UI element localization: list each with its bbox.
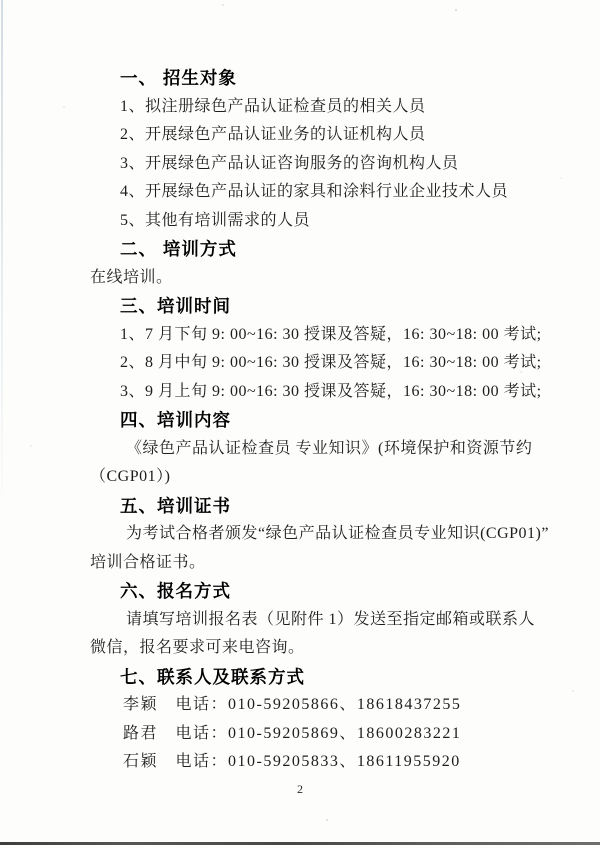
contact-lu-jun: 路君 电话：010-59205869、18600283221: [90, 720, 534, 749]
training-time-item-2: 2、8 月中旬 9: 00~16: 30 授课及答疑，16: 30~18: 00…: [90, 349, 534, 378]
registration-line-2: 微信，报名要求可来电咨询。: [90, 634, 534, 663]
scanned-document-page: 一、 招生对象 1、拟注册绿色产品认证检查员的相关人员 2、开展绿色产品认证业务…: [0, 0, 600, 848]
section-heading-certificate: 五、培训证书: [90, 492, 534, 521]
enrollment-item-2: 2、开展绿色产品认证业务的认证机构人员: [90, 121, 534, 150]
scan-noise: [0, 0, 2, 2]
enrollment-item-4: 4、开展绿色产品认证的家具和涂料行业企业技术人员: [90, 178, 534, 207]
training-method-text: 在线培训。: [90, 264, 534, 293]
certificate-line-2: 培训合格证书。: [90, 549, 534, 578]
section-heading-training-time: 三、培训时间: [90, 292, 534, 321]
training-content-line-1: 《绿色产品认证检查员 专业知识》(环境保护和资源节约: [90, 435, 534, 464]
enrollment-item-1: 1、拟注册绿色产品认证检查员的相关人员: [90, 93, 534, 122]
document-body: 一、 招生对象 1、拟注册绿色产品认证检查员的相关人员 2、开展绿色产品认证业务…: [90, 64, 534, 777]
scan-edge-left: [1, 0, 3, 520]
contact-li-ying: 李颖 电话：010-59205866、18618437255: [90, 691, 534, 720]
certificate-line-1: 为考试合格者颁发“绿色产品认证检查员专业知识(CGP01)”: [90, 520, 534, 549]
section-heading-enrollment-targets: 一、 招生对象: [90, 64, 534, 93]
section-heading-training-method: 二、 培训方式: [90, 235, 534, 264]
training-content-line-2: （CGP01）): [90, 463, 534, 492]
registration-line-1: 请填写培训报名表（见附件 1）发送至指定邮箱或联系人: [90, 606, 534, 635]
section-heading-training-content: 四、培训内容: [90, 406, 534, 435]
enrollment-item-5: 5、其他有培训需求的人员: [90, 207, 534, 236]
contact-shi-ying: 石颖 电话：010-59205833、18611955920: [90, 748, 534, 777]
section-heading-contacts: 七、联系人及联系方式: [90, 663, 534, 692]
enrollment-item-3: 3、开展绿色产品认证咨询服务的咨询机构人员: [90, 150, 534, 179]
scan-edge-bottom: [0, 842, 600, 845]
training-time-item-1: 1、7 月下旬 9: 00~16: 30 授课及答疑，16: 30~18: 00…: [90, 321, 534, 350]
training-time-item-3: 3、9 月上旬 9: 00~16: 30 授课及答疑，16: 30~18: 00…: [90, 378, 534, 407]
section-heading-registration: 六、报名方式: [90, 577, 534, 606]
page-number: 2: [0, 782, 600, 797]
